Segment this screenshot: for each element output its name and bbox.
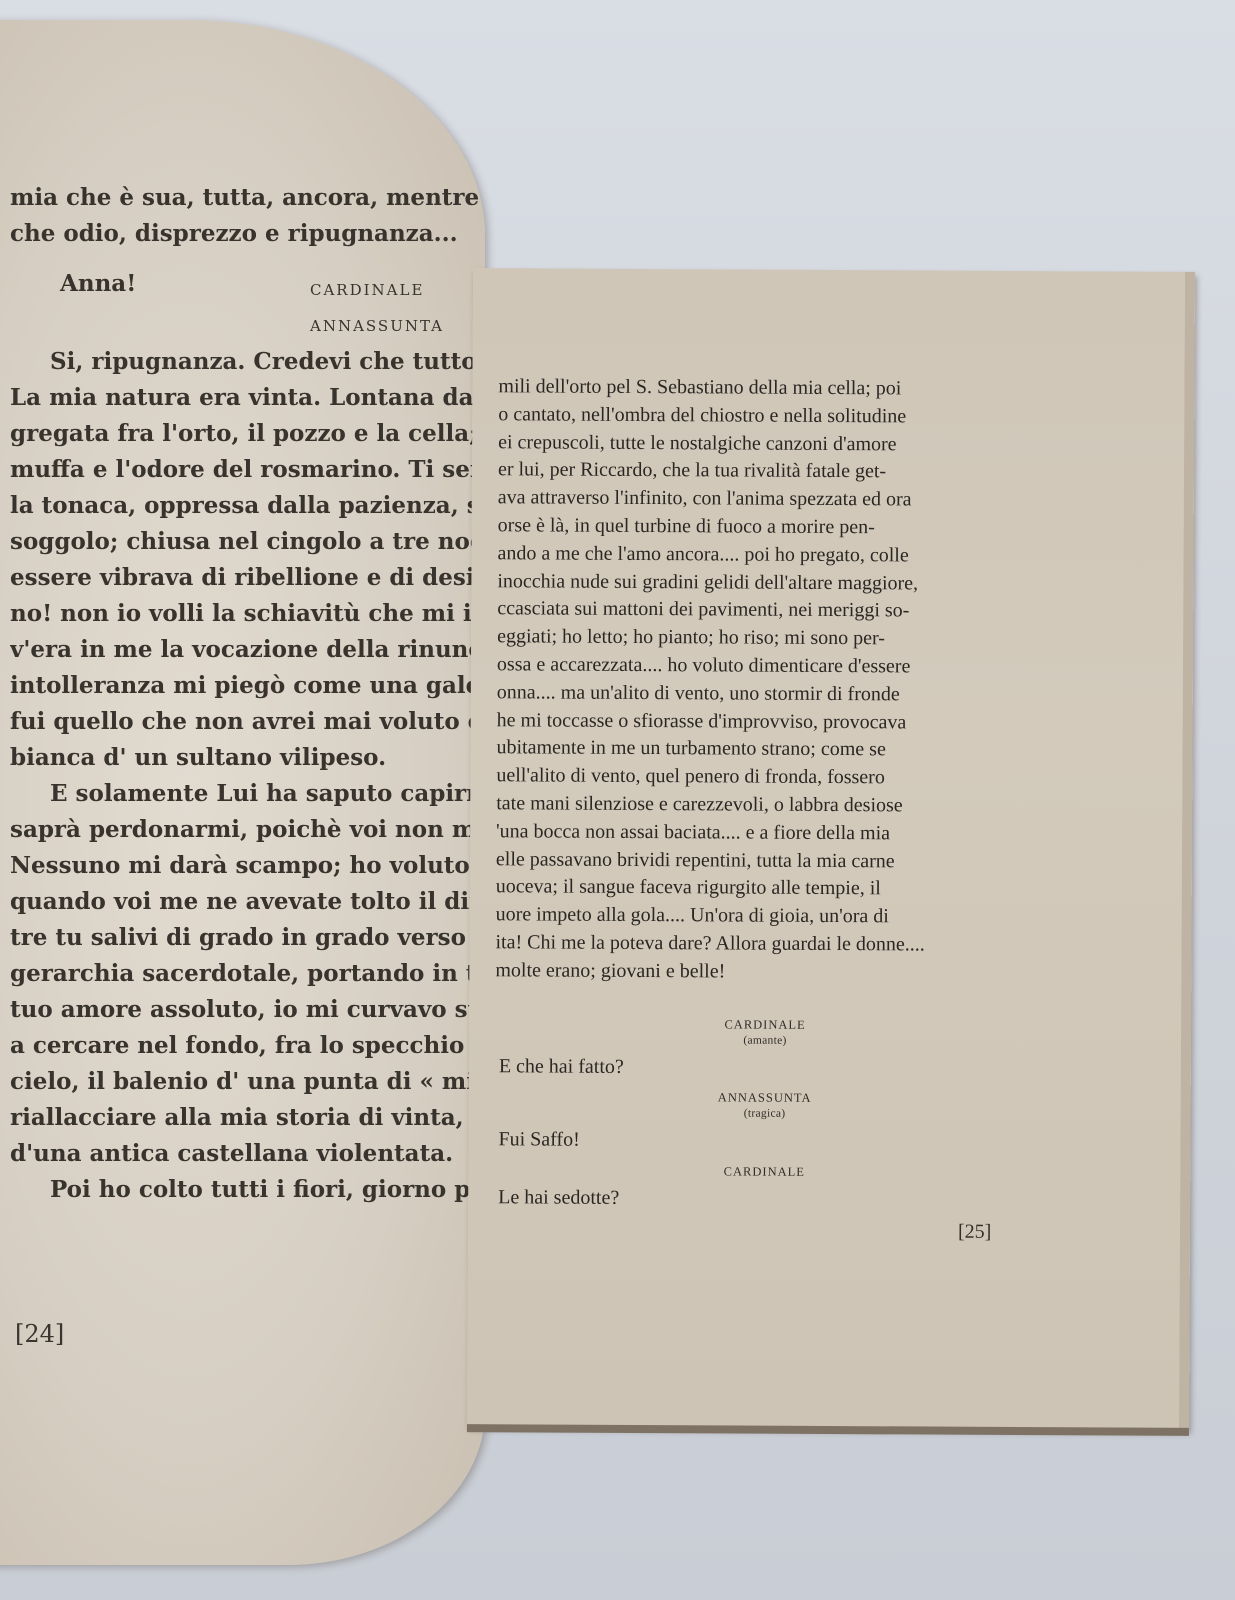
text-line: ando a me che l'amo ancora.... poi ho pr…: [497, 540, 1037, 571]
text-line: ava attraverso l'infinito, con l'anima s…: [498, 484, 1038, 515]
speaker-label: ANNASSUNTA: [10, 308, 480, 344]
text-line: La mia natura era vinta. Lontana dagli: [10, 380, 480, 416]
text-line: riallacciare alla mia storia di vinta, i…: [10, 1100, 480, 1136]
text-line: molte erano; giovani e belle!: [495, 957, 1035, 988]
text-line: mili dell'orto pel S. Sebastiano della m…: [498, 373, 1038, 404]
text-line: gregata fra l'orto, il pozzo e la cella;…: [10, 416, 480, 452]
text-line: intolleranza mi piegò come una galeotta: [10, 668, 480, 704]
text-line: Si, ripugnanza. Credevi che tutto fosse: [10, 344, 480, 380]
left-page-text: mia che è sua, tutta, ancora, mentre p c…: [10, 180, 480, 1208]
text-line: soggolo; chiusa nel cingolo a tre nodi,: [10, 524, 480, 560]
text-line: ccasciata sui mattoni dei pavimenti, nei…: [497, 596, 1037, 627]
stage-direction: (tragica): [655, 1105, 875, 1122]
text-line: mia che è sua, tutta, ancora, mentre p: [10, 180, 480, 216]
page-number-left: [24]: [15, 1320, 64, 1348]
speaker-label: CARDINALE: [655, 1016, 875, 1033]
text-line: 'una bocca non assai baciata.... e a fio…: [496, 818, 1036, 849]
text-line: eggiati; ho letto; ho pianto; ho riso; m…: [497, 623, 1037, 654]
text-line: muffa e l'odore del rosmarino. Ti sei in…: [10, 452, 480, 488]
right-page: mili dell'orto pel S. Sebastiano della m…: [467, 268, 1195, 1430]
text-line: uore impeto alla gola.... Un'ora di gioi…: [496, 901, 1036, 932]
text-line: fui quello che non avrei mai voluto esse…: [10, 704, 480, 740]
text-line: tate mani silenziose e carezzevoli, o la…: [496, 790, 1036, 821]
text-line: ei crepuscoli, tutte le nostalgiche canz…: [498, 429, 1038, 460]
dialogue-block: CARDINALE (amante) E che hai fatto? ANNA…: [494, 1015, 1035, 1215]
page-number-right: [25]: [958, 1221, 991, 1244]
speaker-label: ANNASSUNTA: [655, 1089, 875, 1106]
right-page-text: mili dell'orto pel S. Sebastiano della m…: [494, 373, 1038, 1223]
text-line: che odio, disprezzo e ripugnanza...: [10, 216, 480, 252]
text-line: v'era in me la vocazione della rinuncia!…: [10, 632, 480, 668]
text-line: tre tu salivi di grado in grado verso il…: [10, 920, 480, 956]
text-line: E solamente Lui ha saputo capirmi e so: [10, 776, 480, 812]
text-line: quando voi me ne avevate tolto il diritt…: [10, 884, 480, 920]
dialogue-line: Fui Saffo!: [498, 1127, 1034, 1158]
text-line: tuo amore assoluto, io mi curvavo sull'a…: [10, 992, 480, 1028]
stage-direction: (amante): [655, 1032, 875, 1049]
text-line: gerarchia sacerdotale, portando in te il…: [10, 956, 480, 992]
dialogue-line: Le hai sedotte?: [498, 1184, 1034, 1215]
text-line: Nessuno mi darà scampo; ho voluto vive: [10, 848, 480, 884]
dialogue-line: E che hai fatto?: [499, 1053, 1035, 1084]
text-line: ita! Chi me la poteva dare? Allora guard…: [495, 929, 1035, 960]
text-line: orse è là, in quel turbine di fuoco a mo…: [498, 512, 1038, 543]
speaker-label: CARDINALE: [654, 1163, 874, 1180]
left-page: mia che è sua, tutta, ancora, mentre p c…: [0, 20, 485, 1565]
text-line: la tonaca, oppressa dalla pazienza, str: [10, 488, 480, 524]
text-line: er lui, per Riccardo, che la tua rivalit…: [498, 457, 1038, 488]
text-line: onna.... ma un'alito di vento, uno storm…: [497, 679, 1037, 710]
text-line: o cantato, nell'ombra del chiostro e nel…: [498, 401, 1038, 432]
text-line: essere vibrava di ribellione e di deside…: [10, 560, 480, 596]
text-line: d'una antica castellana violentata.: [10, 1136, 480, 1172]
text-line: cielo, il balenio d' una punta di « mise…: [10, 1064, 480, 1100]
text-line: no! non io volli la schiavitù che mi imp: [10, 596, 480, 632]
text-line: inocchia nude sui gradini gelidi dell'al…: [497, 568, 1037, 599]
text-line: elle passavano brividi repentini, tutta …: [496, 846, 1036, 877]
text-line: he mi toccasse o sfiorasse d'improvviso,…: [497, 707, 1037, 738]
text-line: saprà perdonarmi, poichè voi non mi dare: [10, 812, 480, 848]
text-line: uell'alito di vento, quel penero di fron…: [496, 762, 1036, 793]
text-line: ubitamente in me un turbamento strano; c…: [496, 735, 1036, 766]
text-line: uoceva; il sangue faceva rigurgito alle …: [496, 874, 1036, 905]
text-line: ossa e accarezzata.... ho voluto dimenti…: [497, 651, 1037, 682]
text-line: Poi ho colto tutti i fiori, giorno per g…: [10, 1172, 480, 1208]
text-line: a cercare nel fondo, fra lo specchio del…: [10, 1028, 480, 1064]
text-line: bianca d' un sultano vilipeso.: [10, 740, 480, 776]
